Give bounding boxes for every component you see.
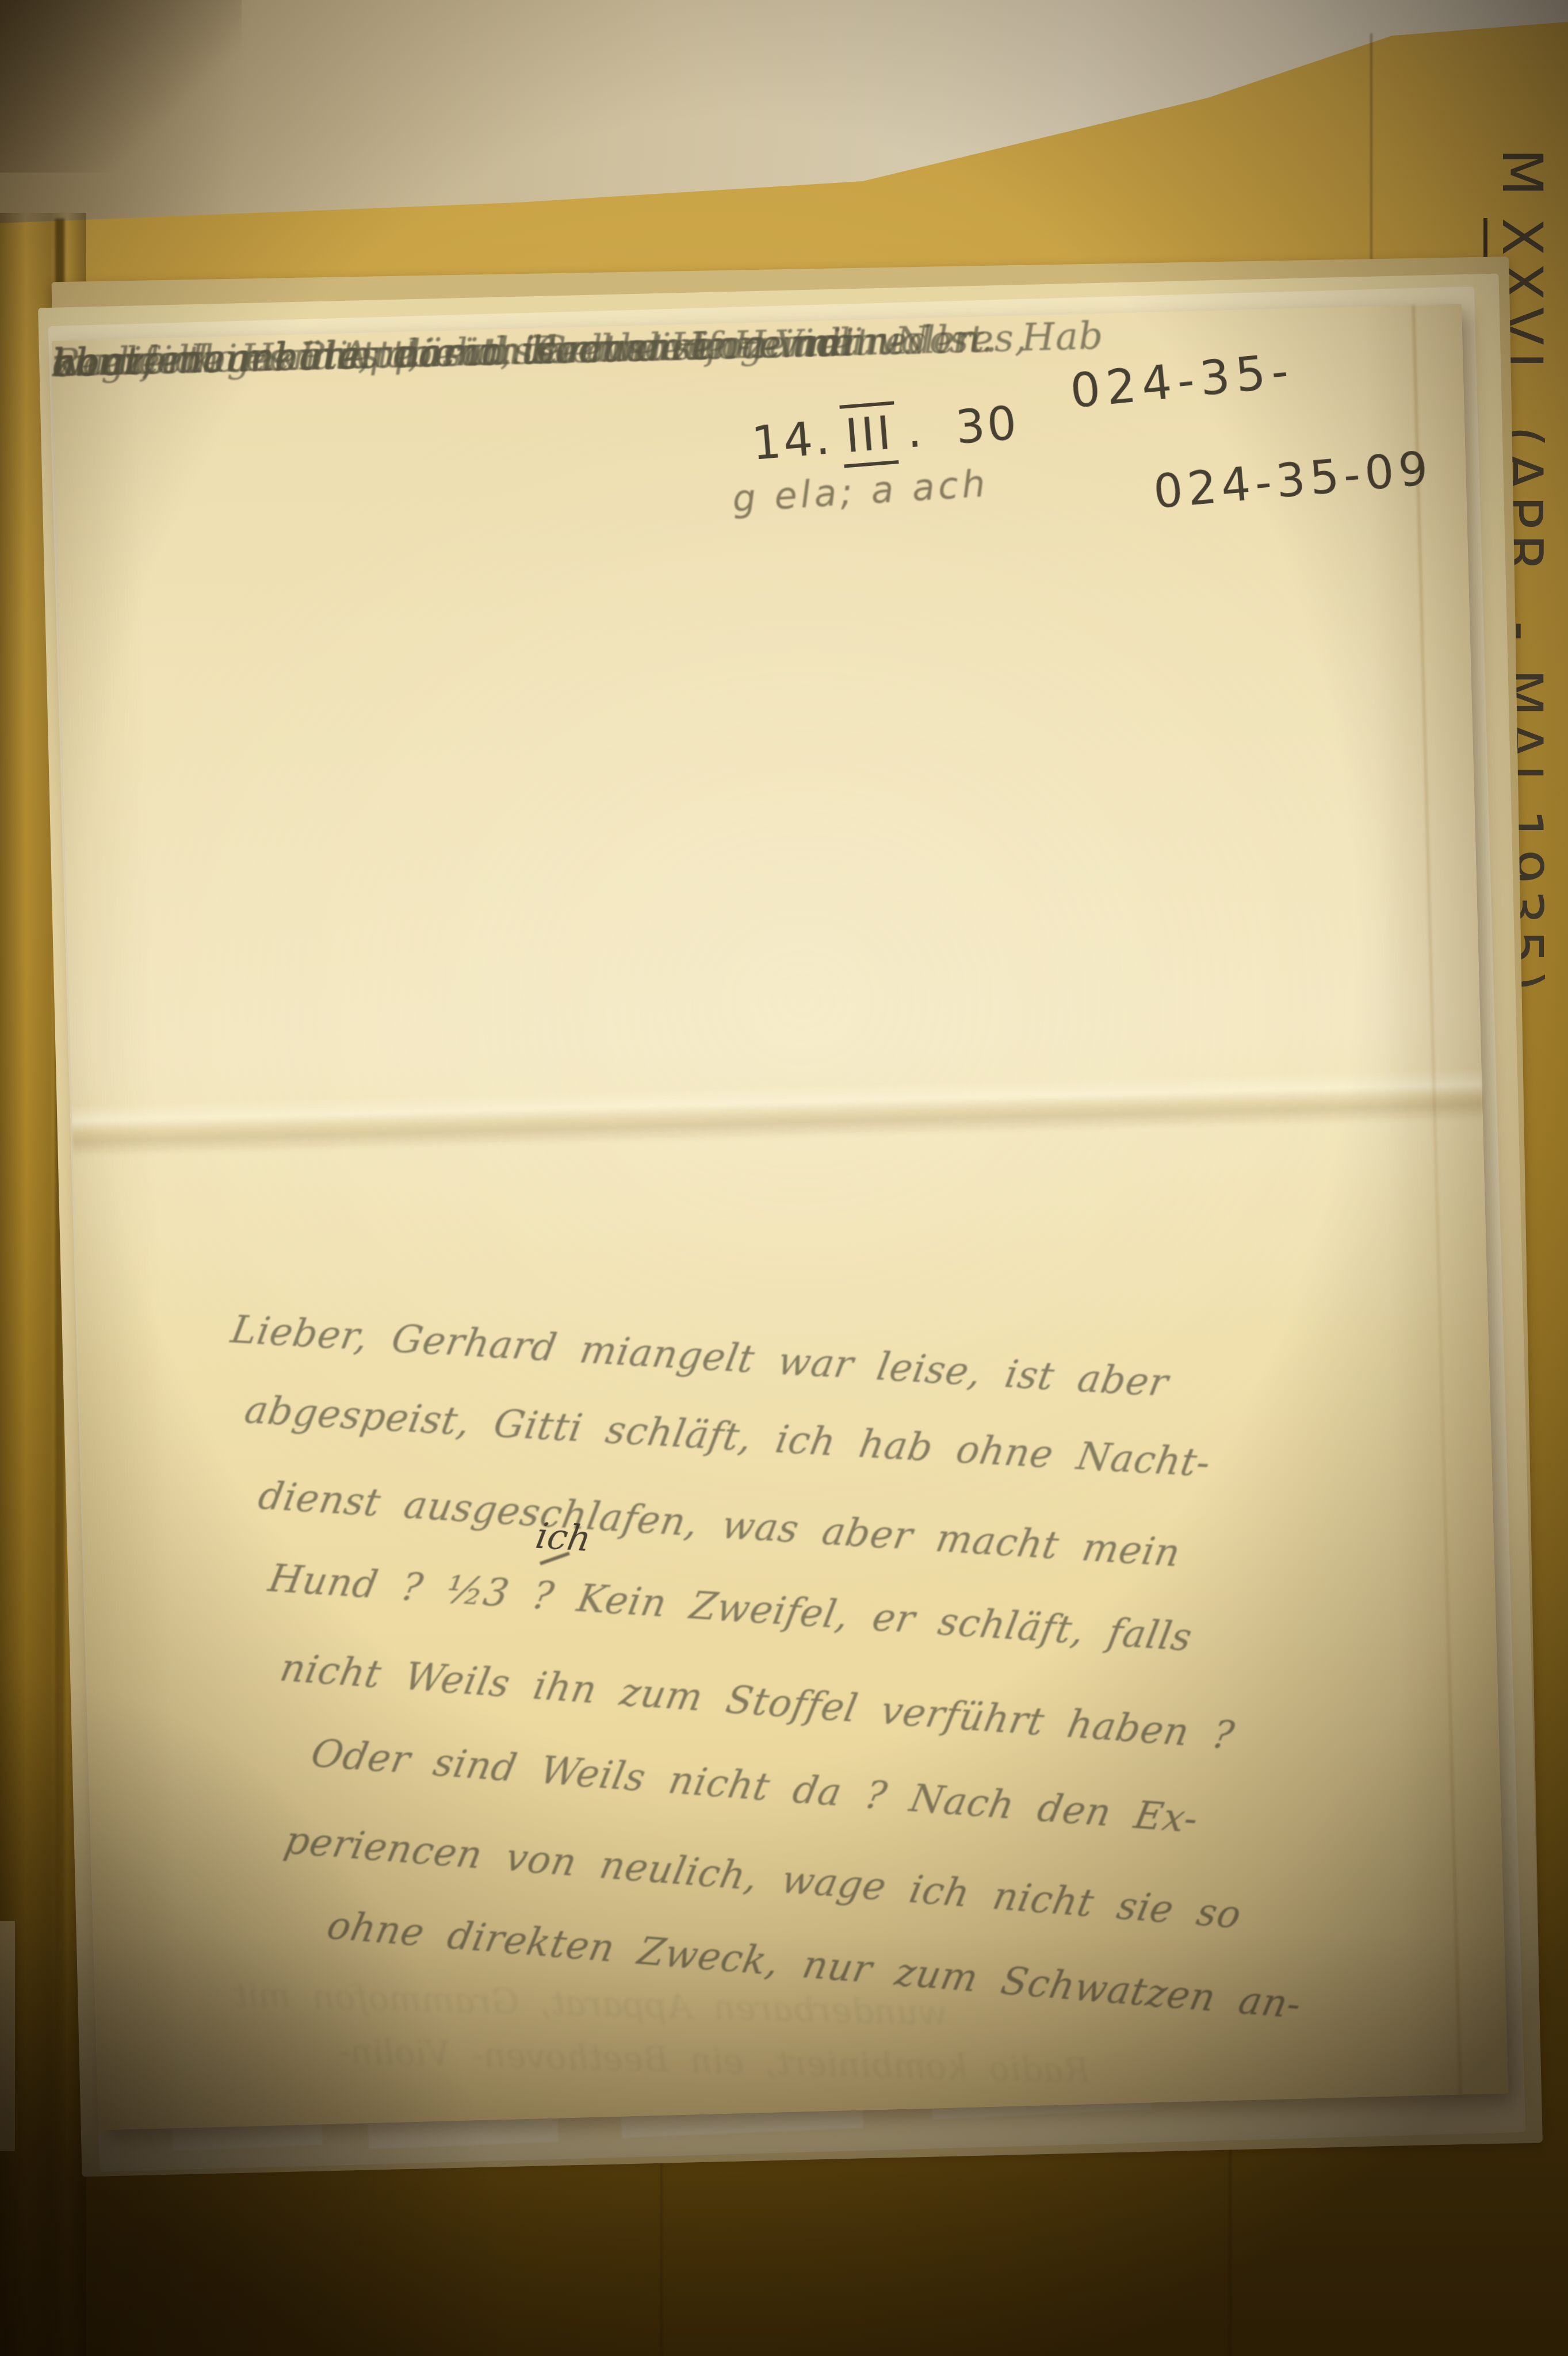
faint-pencil-note: g ela; a ach <box>731 462 989 521</box>
date-separator: . <box>905 404 926 458</box>
bleed-through-writing: Radio kombiniert, ein Beethoven- Violin- <box>338 2031 1091 2091</box>
date-annotation: 14.III.30 <box>749 396 1020 471</box>
wall-corner-shadow <box>0 0 242 173</box>
folder-edge-strip <box>0 1921 15 2151</box>
folder-label-prefix: M <box>1490 148 1554 203</box>
handwriting-line: Oder sind Weils nicht da ? Nach den Ex- <box>308 1731 1203 1842</box>
archive-number-second: 024-35-09 <box>1152 441 1435 519</box>
date-year: 30 <box>954 396 1021 454</box>
folder-crease <box>1370 33 1372 275</box>
archive-photo: MXXVI(APR. - MAI 1935) 024-35- 14.III.30… <box>0 0 1568 2356</box>
horizontal-fold-crease <box>72 1069 1483 1157</box>
handwriting-line: abgespeist, Gitti schläft, ich hab ohne … <box>242 1388 1214 1486</box>
page-shading <box>52 304 1509 2130</box>
vertical-edge-crease <box>1412 305 1462 2095</box>
letter-page: 024-35- 14.III.30 g ela; a ach 024-35-09… <box>52 304 1509 2130</box>
date-month-roman: III <box>840 401 899 468</box>
handwriting-line: Lieber, Gerhard miangelt war leise, ist … <box>228 1307 1172 1405</box>
date-day: 14. <box>749 411 833 471</box>
handwriting-line: dienst ausgeschlafen, was aber macht mei… <box>255 1474 1184 1575</box>
handwriting-line: Hund ? ½3 ? Kein Zweifel, er schläft, fa… <box>265 1556 1196 1660</box>
